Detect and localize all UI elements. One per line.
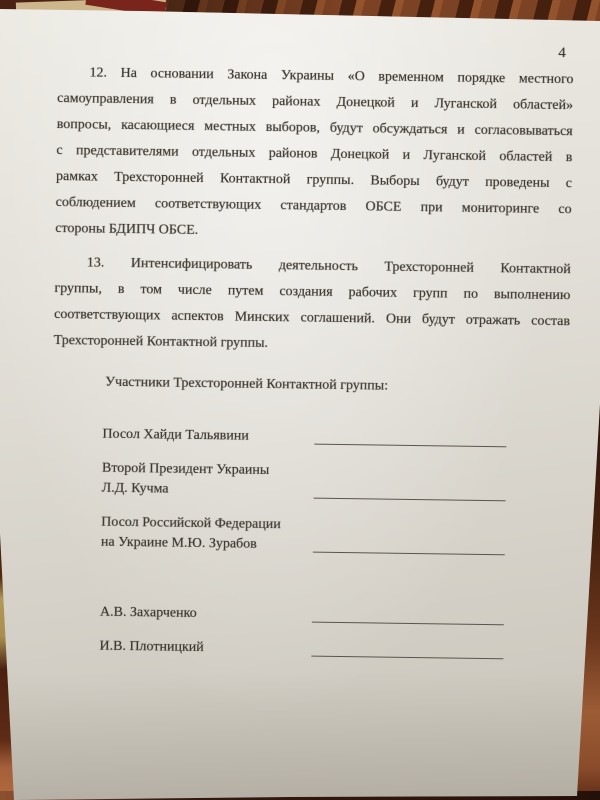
signatory-row: Посол Российской Федерациина Украине М.Ю… [51,512,568,559]
signatory-name: Посол Хайди Тальявини [102,425,314,448]
signatory-name-line: А.В. Захарченко [100,603,312,626]
signatory-row: Второй Президент УкраиныЛ.Д. Кучма [52,458,569,505]
signatory-name-line: Л.Д. Кучма [102,479,314,502]
signature-line [312,618,504,626]
body-paragraphs: 12. На основании Закона Украины «О време… [54,60,574,361]
signatory-row: И.В. Плотницкий [49,636,565,663]
signatory-name-line: Посол Хайди Тальявини [102,425,314,448]
signatory-row: А.В. Захарченко [50,602,566,629]
signatory-name: Посол Российской Федерациина Украине М.Ю… [101,513,314,556]
signature-line [311,652,503,660]
signatory-name: А.В. Захарченко [100,603,312,626]
paragraph: 13. Интенсифицировать деятельность Трехс… [54,250,571,361]
signature-block: Посол Хайди ТальявиниВторой Президент Ук… [49,424,568,663]
signatory-row: Посол Хайди Тальявини [52,424,568,451]
signature-line [314,440,506,448]
page-content: 4 12. На основании Закона Украины «О вре… [49,36,574,677]
signature-line [314,494,506,502]
signatory-name: Второй Президент УкраиныЛ.Д. Кучма [102,459,315,502]
signatory-name: И.В. Плотницкий [99,637,311,660]
document-page: 4 12. На основании Закона Украины «О вре… [0,0,600,800]
paragraph: 12. На основании Закона Украины «О време… [55,60,573,249]
signature-line [313,548,505,556]
participants-header: Участники Трехсторонней Контактной групп… [53,370,569,401]
signatory-name-line: на Украине М.Ю. Зурабов [101,533,313,556]
signatory-name-line: И.В. Плотницкий [99,637,311,660]
